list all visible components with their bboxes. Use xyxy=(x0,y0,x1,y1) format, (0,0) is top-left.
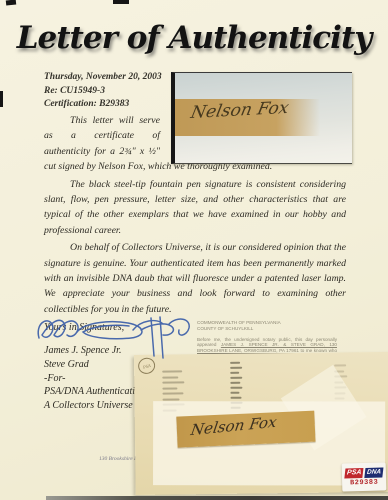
dna-logo-text: DNA xyxy=(364,467,383,478)
psa-logo-text: PSA xyxy=(345,467,365,478)
psa-dna-cert-sticker: PSA DNA B29383 xyxy=(342,462,387,491)
scan-artifact xyxy=(113,0,129,4)
body-paragraph-3: On behalf of Collectors Universe, it is … xyxy=(44,240,346,317)
nelson-fox-cut-signature: Nelson Fox xyxy=(176,411,315,448)
body-paragraph-2: The black steel-tip fountain pen signatu… xyxy=(44,177,346,239)
scan-artifact xyxy=(6,0,16,6)
scanned-letter-of-authenticity: Letter of Authenticity Thursday, Novembe… xyxy=(0,0,388,500)
reference-line: Re: CU15949-3 xyxy=(44,85,162,99)
signature-photo-inset: Nelson Fox xyxy=(171,72,352,164)
footer-address: 130 Brookshire L xyxy=(99,456,137,462)
signer-org-1: PSA/DNA Authentication xyxy=(44,385,147,399)
notary-heading: COMMONWEALTH OF PENNSYLVANIA COUNTY OF S… xyxy=(197,320,337,332)
notary-county-line: COUNTY OF SCHUYLKILL xyxy=(197,326,337,332)
authenticator-signatures-ink xyxy=(33,308,203,360)
psa-dna-logo: PSA DNA xyxy=(345,467,383,478)
certification-line: Certification: B29383 xyxy=(44,98,162,112)
signer-for-line: -For- xyxy=(44,372,147,386)
date-line: Thursday, November 20, 2003 xyxy=(44,71,162,85)
letter-meta: Thursday, November 20, 2003 Re: CU15949-… xyxy=(44,71,162,112)
signer-org-2: A Collectors Universe Co xyxy=(44,399,147,413)
nelson-fox-signature-cut: Nelson Fox xyxy=(190,413,279,439)
letter-title: Letter of Authenticity xyxy=(0,20,388,56)
sticker-cert-number: B29383 xyxy=(350,478,378,487)
scan-artifact xyxy=(0,91,3,107)
scan-edge-shadow xyxy=(46,496,388,500)
